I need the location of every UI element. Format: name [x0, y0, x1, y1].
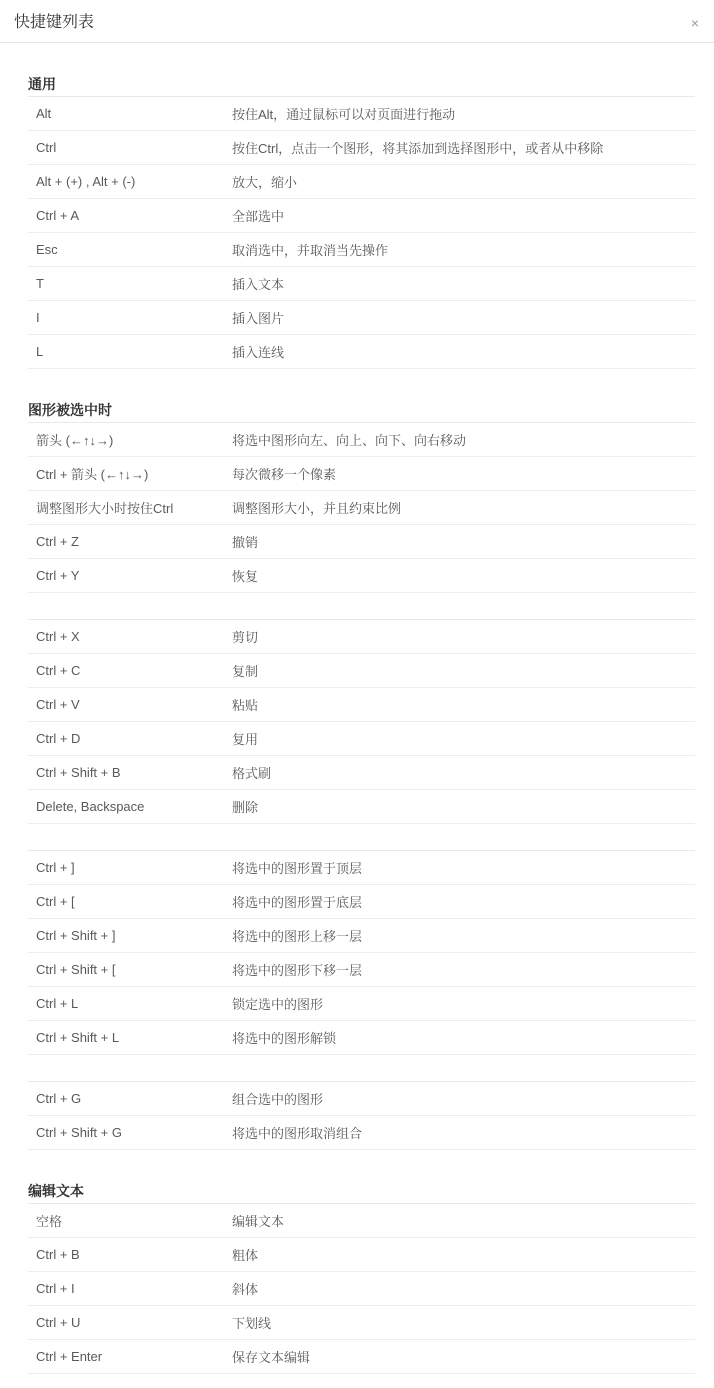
shortcut-row: 调整图形大小时按住Ctrl调整图形大小，并且约束比例	[28, 491, 695, 525]
shortcut-description: 粗体	[232, 1245, 695, 1264]
shortcut-key: 空格	[28, 1211, 232, 1230]
shortcut-description: 剪切	[232, 627, 695, 646]
shortcut-row: Ctrl + L锁定选中的图形	[28, 987, 695, 1021]
shortcut-section: 图形被选中时箭头 (←↑↓→)将选中图形向左、向上、向下、向右移动Ctrl + …	[28, 400, 695, 1150]
shortcut-row: Ctrl + [将选中的图形置于底层	[28, 885, 695, 919]
shortcut-key: Ctrl + C	[28, 663, 232, 678]
shortcut-key: Ctrl + L	[28, 996, 232, 1011]
shortcut-key: Ctrl + Shift + [	[28, 962, 232, 977]
shortcut-key: Ctrl + U	[28, 1315, 232, 1330]
shortcut-description: 将选中图形向左、向上、向下、向右移动	[232, 430, 695, 449]
shortcut-row: Alt + (+) , Alt + (-)放大，缩小	[28, 165, 695, 199]
shortcut-key: Ctrl + A	[28, 208, 232, 223]
section-title: 通用	[28, 74, 695, 97]
shortcut-description: 插入图片	[232, 308, 695, 327]
shortcut-description: 取消选中，并取消当先操作	[232, 240, 695, 259]
shortcut-key: T	[28, 276, 232, 291]
shortcut-description: 插入文本	[232, 274, 695, 293]
shortcut-row: Ctrl + Y恢复	[28, 559, 695, 593]
shortcuts-dialog: 快捷键列表 × 通用Alt按住Alt，通过鼠标可以对页面进行拖动Ctrl按住Ct…	[0, 0, 714, 1388]
shortcut-description: 放大，缩小	[232, 172, 695, 191]
shortcut-description: 按住Alt，通过鼠标可以对页面进行拖动	[232, 104, 695, 123]
shortcut-row: Ctrl + 箭头 (←↑↓→)每次微移一个像素	[28, 457, 695, 491]
shortcut-row: Ctrl + Shift + B格式刷	[28, 756, 695, 790]
shortcut-key: Ctrl + Shift + L	[28, 1030, 232, 1045]
shortcut-key: I	[28, 310, 232, 325]
shortcut-description: 将选中的图形上移一层	[232, 926, 695, 945]
shortcut-row: Ctrl + Shift + L将选中的图形解锁	[28, 1021, 695, 1055]
shortcut-description: 编辑文本	[232, 1211, 695, 1230]
shortcut-group: 箭头 (←↑↓→)将选中图形向左、向上、向下、向右移动Ctrl + 箭头 (←↑…	[28, 423, 695, 593]
shortcut-row: 箭头 (←↑↓→)将选中图形向左、向上、向下、向右移动	[28, 423, 695, 457]
shortcut-row: L插入连线	[28, 335, 695, 369]
shortcut-row: Ctrl + Shift + ]将选中的图形上移一层	[28, 919, 695, 953]
shortcut-row: Ctrl + C复制	[28, 654, 695, 688]
shortcut-key: Alt	[28, 106, 232, 121]
shortcut-key: Ctrl + Shift + G	[28, 1125, 232, 1140]
shortcut-key: Ctrl + Shift + B	[28, 765, 232, 780]
shortcut-key: Ctrl + V	[28, 697, 232, 712]
shortcut-group: Ctrl + ]将选中的图形置于顶层Ctrl + [将选中的图形置于底层Ctrl…	[28, 850, 695, 1055]
shortcut-description: 格式刷	[232, 763, 695, 782]
shortcut-row: T插入文本	[28, 267, 695, 301]
shortcut-key: Ctrl + I	[28, 1281, 232, 1296]
shortcut-key: Delete, Backspace	[28, 799, 232, 814]
shortcut-description: 下划线	[232, 1313, 695, 1332]
shortcut-row: Ctrl + B粗体	[28, 1238, 695, 1272]
shortcut-description: 锁定选中的图形	[232, 994, 695, 1013]
shortcut-description: 复用	[232, 729, 695, 748]
shortcut-key: Ctrl + Y	[28, 568, 232, 583]
shortcut-description: 将选中的图形下移一层	[232, 960, 695, 979]
shortcut-row: 空格编辑文本	[28, 1204, 695, 1238]
shortcut-group: Ctrl + X剪切Ctrl + C复制Ctrl + V粘贴Ctrl + D复用…	[28, 619, 695, 824]
shortcut-row: Delete, Backspace删除	[28, 790, 695, 824]
shortcut-key: Ctrl + [	[28, 894, 232, 909]
shortcut-description: 全部选中	[232, 206, 695, 225]
shortcut-description: 将选中的图形取消组合	[232, 1123, 695, 1142]
shortcut-description: 复制	[232, 661, 695, 680]
shortcut-row: Ctrl + V粘贴	[28, 688, 695, 722]
section-title: 图形被选中时	[28, 400, 695, 423]
shortcut-group: 空格编辑文本Ctrl + B粗体Ctrl + I斜体Ctrl + U下划线Ctr…	[28, 1204, 695, 1374]
shortcut-group: Ctrl + G组合选中的图形Ctrl + Shift + G将选中的图形取消组…	[28, 1081, 695, 1150]
shortcut-description: 插入连线	[232, 342, 695, 361]
shortcut-key: Ctrl + 箭头 (←↑↓→)	[28, 464, 232, 483]
shortcut-key: Ctrl + Enter	[28, 1349, 232, 1364]
shortcut-key: Ctrl + B	[28, 1247, 232, 1262]
shortcut-key: Alt + (+) , Alt + (-)	[28, 174, 232, 189]
shortcut-row: Ctrl + I斜体	[28, 1272, 695, 1306]
shortcut-row: Ctrl + X剪切	[28, 620, 695, 654]
shortcut-description: 每次微移一个像素	[232, 464, 695, 483]
shortcut-key: 箭头 (←↑↓→)	[28, 430, 232, 449]
shortcut-row: Ctrl + U下划线	[28, 1306, 695, 1340]
shortcut-row: I插入图片	[28, 301, 695, 335]
shortcut-description: 将选中的图形置于顶层	[232, 858, 695, 877]
shortcut-row: Ctrl + G组合选中的图形	[28, 1082, 695, 1116]
shortcut-description: 粘贴	[232, 695, 695, 714]
shortcut-key: Ctrl	[28, 140, 232, 155]
shortcut-description: 将选中的图形解锁	[232, 1028, 695, 1047]
shortcut-row: Ctrl + Z撤销	[28, 525, 695, 559]
shortcut-row: Ctrl + ]将选中的图形置于顶层	[28, 851, 695, 885]
shortcut-description: 撤销	[232, 532, 695, 551]
shortcut-description: 将选中的图形置于底层	[232, 892, 695, 911]
shortcut-row: Ctrl + Shift + G将选中的图形取消组合	[28, 1116, 695, 1150]
shortcut-description: 调整图形大小，并且约束比例	[232, 498, 695, 517]
shortcut-description: 组合选中的图形	[232, 1089, 695, 1108]
shortcut-key: Ctrl + Shift + ]	[28, 928, 232, 943]
shortcut-row: Ctrl + Enter保存文本编辑	[28, 1340, 695, 1374]
shortcut-key: Ctrl + Z	[28, 534, 232, 549]
shortcut-row: Esc取消选中，并取消当先操作	[28, 233, 695, 267]
shortcut-description: 斜体	[232, 1279, 695, 1298]
shortcut-key: Ctrl + X	[28, 629, 232, 644]
dialog-header: 快捷键列表 ×	[0, 0, 714, 43]
shortcut-row: Ctrl + A全部选中	[28, 199, 695, 233]
shortcut-section: 通用Alt按住Alt，通过鼠标可以对页面进行拖动Ctrl按住Ctrl，点击一个图…	[28, 74, 695, 369]
shortcut-key: Ctrl + ]	[28, 860, 232, 875]
shortcut-row: Alt按住Alt，通过鼠标可以对页面进行拖动	[28, 97, 695, 131]
shortcut-section: 编辑文本空格编辑文本Ctrl + B粗体Ctrl + I斜体Ctrl + U下划…	[28, 1181, 695, 1374]
close-icon[interactable]: ×	[686, 14, 704, 32]
shortcut-row: Ctrl按住Ctrl，点击一个图形，将其添加到选择图形中，或者从中移除	[28, 131, 695, 165]
shortcut-key: Ctrl + D	[28, 731, 232, 746]
shortcuts-list: 通用Alt按住Alt，通过鼠标可以对页面进行拖动Ctrl按住Ctrl，点击一个图…	[0, 74, 714, 1387]
shortcut-key: 调整图形大小时按住Ctrl	[28, 498, 232, 517]
shortcut-description: 按住Ctrl，点击一个图形，将其添加到选择图形中，或者从中移除	[232, 138, 695, 157]
section-title: 编辑文本	[28, 1181, 695, 1204]
shortcut-row: Ctrl + Shift + [将选中的图形下移一层	[28, 953, 695, 987]
shortcut-key: Esc	[28, 242, 232, 257]
shortcut-key: L	[28, 344, 232, 359]
dialog-title: 快捷键列表	[14, 12, 94, 34]
shortcut-description: 删除	[232, 797, 695, 816]
shortcut-group: Alt按住Alt，通过鼠标可以对页面进行拖动Ctrl按住Ctrl，点击一个图形，…	[28, 97, 695, 369]
shortcut-key: Ctrl + G	[28, 1091, 232, 1106]
shortcut-description: 保存文本编辑	[232, 1347, 695, 1366]
shortcut-row: Ctrl + D复用	[28, 722, 695, 756]
shortcut-description: 恢复	[232, 566, 695, 585]
